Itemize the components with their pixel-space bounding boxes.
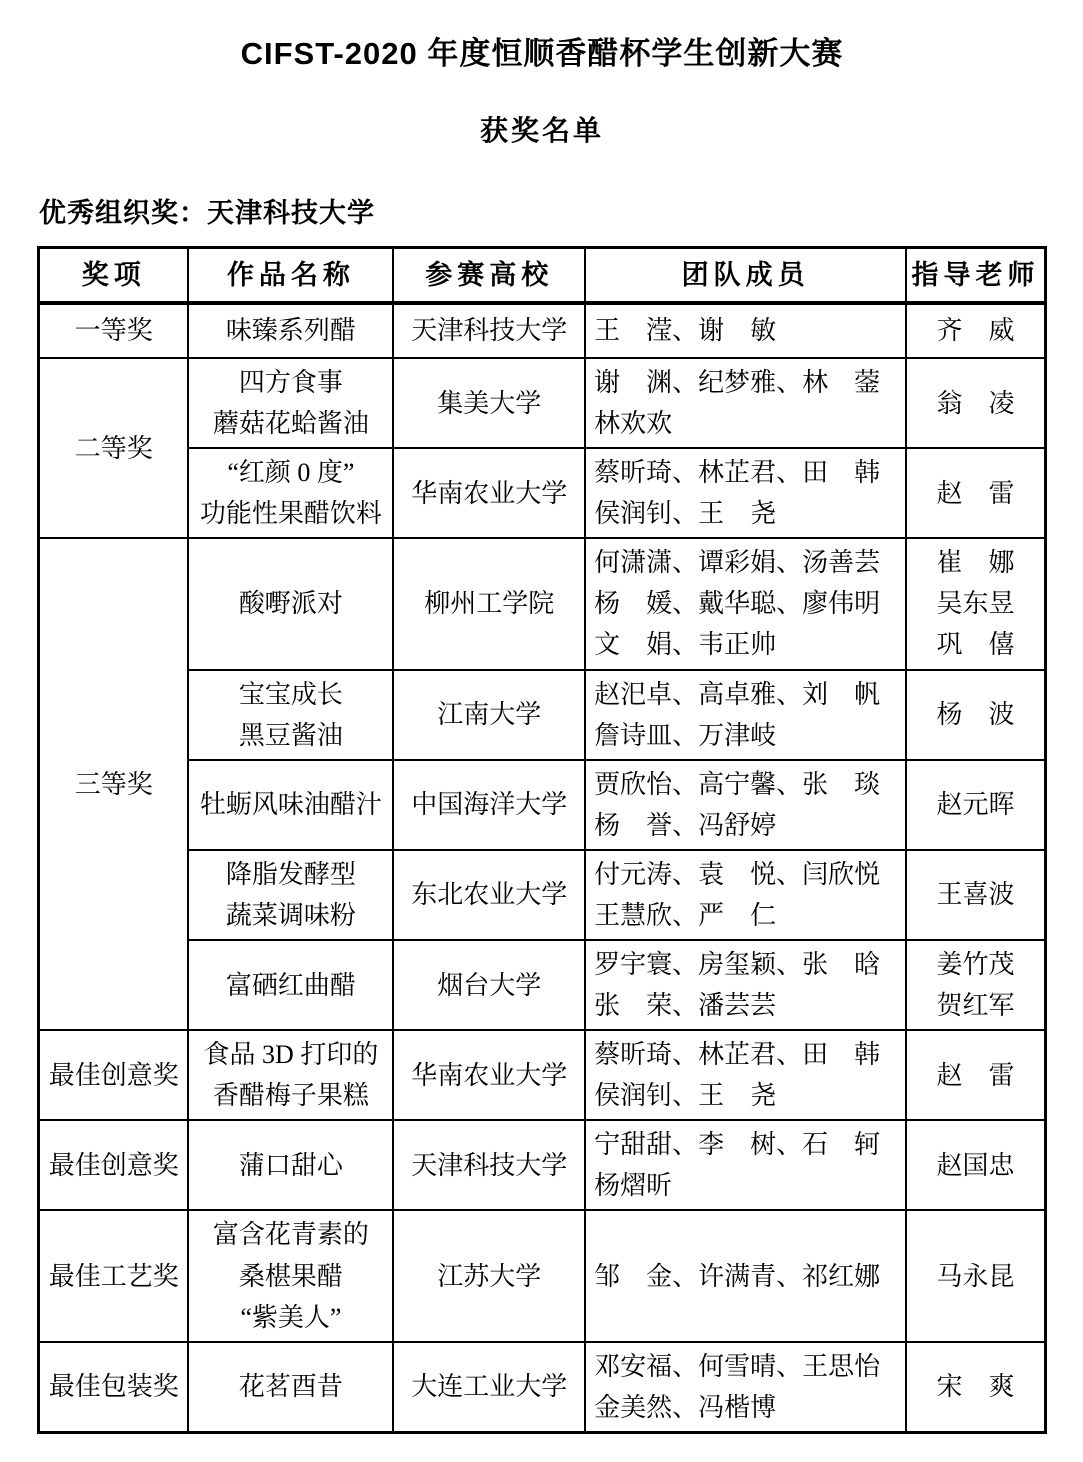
advisor-cell-line: 马永昆 bbox=[911, 1256, 1040, 1297]
advisor-cell-line: 吴东昱 bbox=[911, 583, 1040, 624]
members-cell-line: 杨 媛、戴华聪、廖伟明 bbox=[594, 583, 901, 624]
award-cell: 最佳包装奖 bbox=[39, 1342, 189, 1433]
members-cell-line: 蔡昕琦、林芷君、田 韩 bbox=[594, 452, 901, 493]
work-title-cell-line: 花茗酉昔 bbox=[193, 1366, 388, 1407]
members-cell-line: 赵汜卓、高卓雅、刘 帆 bbox=[594, 674, 901, 715]
school-cell: 中国海洋大学 bbox=[393, 760, 585, 850]
advisor-cell: 翁 凌 bbox=[906, 358, 1045, 448]
school-cell-line: 东北农业大学 bbox=[398, 874, 580, 915]
school-cell: 烟台大学 bbox=[393, 940, 585, 1030]
school-cell: 华南农业大学 bbox=[393, 1030, 585, 1120]
advisor-cell-line: 翁 凌 bbox=[911, 383, 1040, 424]
work-title-cell-line: “紫美人” bbox=[193, 1297, 388, 1338]
work-title-cell-line: 宝宝成长 bbox=[193, 674, 388, 715]
advisor-cell: 赵元晖 bbox=[906, 760, 1045, 850]
members-cell: 贾欣怡、高宁馨、张 琰杨 誉、冯舒婷 bbox=[585, 760, 906, 850]
advisor-cell: 王喜波 bbox=[906, 850, 1045, 940]
document-title: CIFST-2020 年度恒顺香醋杯学生创新大赛 bbox=[37, 28, 1047, 73]
advisor-cell-line: 姜竹茂 bbox=[911, 944, 1040, 985]
members-cell: 蔡昕琦、林芷君、田 韩侯润钊、王 尧 bbox=[585, 448, 906, 538]
school-cell: 东北农业大学 bbox=[393, 850, 585, 940]
advisor-cell-line: 贺红军 bbox=[911, 985, 1040, 1026]
advisor-cell-line: 杨 波 bbox=[911, 694, 1040, 735]
work-title-cell-line: 富硒红曲醋 bbox=[193, 965, 388, 1006]
members-cell-line: 王慧欣、严 仁 bbox=[594, 895, 901, 936]
members-cell: 谢 渊、纪梦雅、林 蓥林欢欢 bbox=[585, 358, 906, 448]
advisor-cell-line: 赵 雷 bbox=[911, 473, 1040, 514]
award-table-body: 一等奖味臻系列醋天津科技大学王 滢、谢 敏齐 威二等奖四方食事蘑菇花蛤酱油集美大… bbox=[39, 303, 1046, 1432]
work-title-cell: 降脂发酵型蔬菜调味粉 bbox=[188, 850, 393, 940]
column-header-1: 奖项 bbox=[39, 248, 189, 304]
school-cell: 集美大学 bbox=[393, 358, 585, 448]
members-cell-line: 詹诗皿、万津岐 bbox=[594, 715, 901, 756]
members-cell-line: 贾欣怡、高宁馨、张 琰 bbox=[594, 764, 901, 805]
members-cell-line: 侯润钊、王 尧 bbox=[594, 493, 901, 534]
school-cell: 大连工业大学 bbox=[393, 1342, 585, 1433]
school-cell-line: 柳州工学院 bbox=[398, 583, 580, 624]
members-cell-line: 杨 誉、冯舒婷 bbox=[594, 805, 901, 846]
table-row: “红颜 0 度”功能性果醋饮料华南农业大学蔡昕琦、林芷君、田 韩侯润钊、王 尧赵… bbox=[39, 448, 1046, 538]
table-row: 降脂发酵型蔬菜调味粉东北农业大学付元涛、袁 悦、闫欣悦王慧欣、严 仁王喜波 bbox=[39, 850, 1046, 940]
work-title-cell: 四方食事蘑菇花蛤酱油 bbox=[188, 358, 393, 448]
advisor-cell-line: 崔 娜 bbox=[911, 542, 1040, 583]
members-cell: 宁甜甜、李 树、石 轲杨熠昕 bbox=[585, 1120, 906, 1210]
school-cell: 江苏大学 bbox=[393, 1210, 585, 1341]
school-cell-line: 大连工业大学 bbox=[398, 1366, 580, 1407]
table-row: 最佳创意奖食品 3D 打印的香醋梅子果糕华南农业大学蔡昕琦、林芷君、田 韩侯润钊… bbox=[39, 1030, 1046, 1120]
advisor-cell: 齐 威 bbox=[906, 303, 1045, 358]
school-cell-line: 烟台大学 bbox=[398, 965, 580, 1006]
award-cell: 最佳工艺奖 bbox=[39, 1210, 189, 1341]
work-title-cell-line: 桑椹果醋 bbox=[193, 1256, 388, 1297]
members-cell: 付元涛、袁 悦、闫欣悦王慧欣、严 仁 bbox=[585, 850, 906, 940]
members-cell-line: 张 荣、潘芸芸 bbox=[594, 985, 901, 1026]
column-header-5: 指导老师 bbox=[906, 248, 1045, 304]
work-title-cell: 花茗酉昔 bbox=[188, 1342, 393, 1433]
advisor-cell: 马永昆 bbox=[906, 1210, 1045, 1341]
advisor-cell-line: 王喜波 bbox=[911, 874, 1040, 915]
work-title-cell: “红颜 0 度”功能性果醋饮料 bbox=[188, 448, 393, 538]
table-row: 三等奖酸嘢派对柳州工学院何潇潇、谭彩娟、汤善芸杨 媛、戴华聪、廖伟明文 娟、韦正… bbox=[39, 538, 1046, 669]
advisor-cell: 杨 波 bbox=[906, 670, 1045, 760]
advisor-cell-line: 宋 爽 bbox=[911, 1366, 1040, 1407]
members-cell: 邹 金、许满青、祁红娜 bbox=[585, 1210, 906, 1341]
school-cell-line: 中国海洋大学 bbox=[398, 784, 580, 825]
work-title-cell: 食品 3D 打印的香醋梅子果糕 bbox=[188, 1030, 393, 1120]
advisor-cell-line: 巩 僖 bbox=[911, 624, 1040, 665]
work-title-cell: 牡蛎风味油醋汁 bbox=[188, 760, 393, 850]
advisor-cell: 赵国忠 bbox=[906, 1120, 1045, 1210]
advisor-cell: 崔 娜吴东昱巩 僖 bbox=[906, 538, 1045, 669]
work-title-cell-line: 蒲口甜心 bbox=[193, 1145, 388, 1186]
advisor-cell: 姜竹茂贺红军 bbox=[906, 940, 1045, 1030]
school-cell-line: 江南大学 bbox=[398, 694, 580, 735]
work-title-cell-line: 香醋梅子果糕 bbox=[193, 1075, 388, 1116]
work-title-cell-line: 味臻系列醋 bbox=[193, 310, 388, 351]
table-row: 牡蛎风味油醋汁中国海洋大学贾欣怡、高宁馨、张 琰杨 誉、冯舒婷赵元晖 bbox=[39, 760, 1046, 850]
work-title-cell-line: 蔬菜调味粉 bbox=[193, 895, 388, 936]
members-cell-line: 罗宇寰、房玺颖、张 晗 bbox=[594, 944, 901, 985]
work-title-cell-line: 酸嘢派对 bbox=[193, 583, 388, 624]
table-row: 最佳工艺奖富含花青素的桑椹果醋“紫美人”江苏大学邹 金、许满青、祁红娜马永昆 bbox=[39, 1210, 1046, 1341]
members-cell: 赵汜卓、高卓雅、刘 帆詹诗皿、万津岐 bbox=[585, 670, 906, 760]
work-title-cell-line: 食品 3D 打印的 bbox=[193, 1034, 388, 1075]
table-row: 富硒红曲醋烟台大学罗宇寰、房玺颖、张 晗张 荣、潘芸芸姜竹茂贺红军 bbox=[39, 940, 1046, 1030]
column-header-4: 团队成员 bbox=[585, 248, 906, 304]
award-cell: 最佳创意奖 bbox=[39, 1120, 189, 1210]
work-title-cell-line: 降脂发酵型 bbox=[193, 854, 388, 895]
members-cell-line: 何潇潇、谭彩娟、汤善芸 bbox=[594, 542, 901, 583]
table-row: 二等奖四方食事蘑菇花蛤酱油集美大学谢 渊、纪梦雅、林 蓥林欢欢翁 凌 bbox=[39, 358, 1046, 448]
school-cell: 天津科技大学 bbox=[393, 303, 585, 358]
work-title-cell-line: “红颜 0 度” bbox=[193, 452, 388, 493]
advisor-cell-line: 赵元晖 bbox=[911, 784, 1040, 825]
members-cell: 罗宇寰、房玺颖、张 晗张 荣、潘芸芸 bbox=[585, 940, 906, 1030]
members-cell-line: 付元涛、袁 悦、闫欣悦 bbox=[594, 854, 901, 895]
work-title-cell: 宝宝成长黑豆酱油 bbox=[188, 670, 393, 760]
school-cell: 天津科技大学 bbox=[393, 1120, 585, 1210]
table-row: 一等奖味臻系列醋天津科技大学王 滢、谢 敏齐 威 bbox=[39, 303, 1046, 358]
school-cell-line: 天津科技大学 bbox=[398, 310, 580, 351]
members-cell-line: 邹 金、许满青、祁红娜 bbox=[594, 1256, 901, 1297]
work-title-cell-line: 黑豆酱油 bbox=[193, 715, 388, 756]
school-cell: 柳州工学院 bbox=[393, 538, 585, 669]
award-cell: 三等奖 bbox=[39, 538, 189, 1030]
members-cell: 蔡昕琦、林芷君、田 韩侯润钊、王 尧 bbox=[585, 1030, 906, 1120]
work-title-cell-line: 功能性果醋饮料 bbox=[193, 493, 388, 534]
members-cell-line: 金美然、冯楷博 bbox=[594, 1387, 901, 1428]
advisor-cell: 赵 雷 bbox=[906, 448, 1045, 538]
school-cell-line: 天津科技大学 bbox=[398, 1145, 580, 1186]
members-cell-line: 文 娟、韦正帅 bbox=[594, 624, 901, 665]
award-table: 奖项作品名称参赛高校团队成员指导老师 一等奖味臻系列醋天津科技大学王 滢、谢 敏… bbox=[37, 246, 1047, 1434]
school-cell-line: 华南农业大学 bbox=[398, 1055, 580, 1096]
column-header-3: 参赛高校 bbox=[393, 248, 585, 304]
work-title-cell: 酸嘢派对 bbox=[188, 538, 393, 669]
advisor-cell-line: 赵国忠 bbox=[911, 1145, 1040, 1186]
members-cell: 王 滢、谢 敏 bbox=[585, 303, 906, 358]
advisor-cell-line: 齐 威 bbox=[911, 310, 1040, 351]
work-title-cell-line: 蘑菇花蛤酱油 bbox=[193, 403, 388, 444]
award-cell: 二等奖 bbox=[39, 358, 189, 538]
work-title-cell-line: 富含花青素的 bbox=[193, 1214, 388, 1255]
school-cell-line: 集美大学 bbox=[398, 383, 580, 424]
members-cell-line: 王 滢、谢 敏 bbox=[594, 310, 901, 351]
work-title-cell: 味臻系列醋 bbox=[188, 303, 393, 358]
school-cell-line: 江苏大学 bbox=[398, 1256, 580, 1297]
work-title-cell-line: 牡蛎风味油醋汁 bbox=[193, 784, 388, 825]
school-cell: 华南农业大学 bbox=[393, 448, 585, 538]
work-title-cell-line: 四方食事 bbox=[193, 362, 388, 403]
advisor-cell: 赵 雷 bbox=[906, 1030, 1045, 1120]
org-award-line: 优秀组织奖：天津科技大学 bbox=[39, 191, 1047, 230]
table-row: 最佳包装奖花茗酉昔大连工业大学邓安福、何雪晴、王思怡金美然、冯楷博宋 爽 bbox=[39, 1342, 1046, 1433]
members-cell: 邓安福、何雪晴、王思怡金美然、冯楷博 bbox=[585, 1342, 906, 1433]
members-cell-line: 宁甜甜、李 树、石 轲 bbox=[594, 1124, 901, 1165]
school-cell: 江南大学 bbox=[393, 670, 585, 760]
advisor-cell-line: 赵 雷 bbox=[911, 1055, 1040, 1096]
document-page: CIFST-2020 年度恒顺香醋杯学生创新大赛 获奖名单 优秀组织奖：天津科技… bbox=[0, 0, 1083, 1462]
advisor-cell: 宋 爽 bbox=[906, 1342, 1045, 1433]
members-cell: 何潇潇、谭彩娟、汤善芸杨 媛、戴华聪、廖伟明文 娟、韦正帅 bbox=[585, 538, 906, 669]
members-cell-line: 蔡昕琦、林芷君、田 韩 bbox=[594, 1034, 901, 1075]
document-subtitle: 获奖名单 bbox=[37, 109, 1047, 149]
header-row: 奖项作品名称参赛高校团队成员指导老师 bbox=[39, 248, 1046, 304]
work-title-cell: 蒲口甜心 bbox=[188, 1120, 393, 1210]
members-cell-line: 邓安福、何雪晴、王思怡 bbox=[594, 1346, 901, 1387]
column-header-2: 作品名称 bbox=[188, 248, 393, 304]
school-cell-line: 华南农业大学 bbox=[398, 473, 580, 514]
award-cell: 一等奖 bbox=[39, 303, 189, 358]
members-cell-line: 杨熠昕 bbox=[594, 1165, 901, 1206]
members-cell-line: 侯润钊、王 尧 bbox=[594, 1075, 901, 1116]
members-cell-line: 谢 渊、纪梦雅、林 蓥 bbox=[594, 362, 901, 403]
award-cell: 最佳创意奖 bbox=[39, 1030, 189, 1120]
table-row: 最佳创意奖蒲口甜心天津科技大学宁甜甜、李 树、石 轲杨熠昕赵国忠 bbox=[39, 1120, 1046, 1210]
members-cell-line: 林欢欢 bbox=[594, 403, 901, 444]
work-title-cell: 富硒红曲醋 bbox=[188, 940, 393, 1030]
work-title-cell: 富含花青素的桑椹果醋“紫美人” bbox=[188, 1210, 393, 1341]
table-row: 宝宝成长黑豆酱油江南大学赵汜卓、高卓雅、刘 帆詹诗皿、万津岐杨 波 bbox=[39, 670, 1046, 760]
award-table-header: 奖项作品名称参赛高校团队成员指导老师 bbox=[39, 248, 1046, 304]
